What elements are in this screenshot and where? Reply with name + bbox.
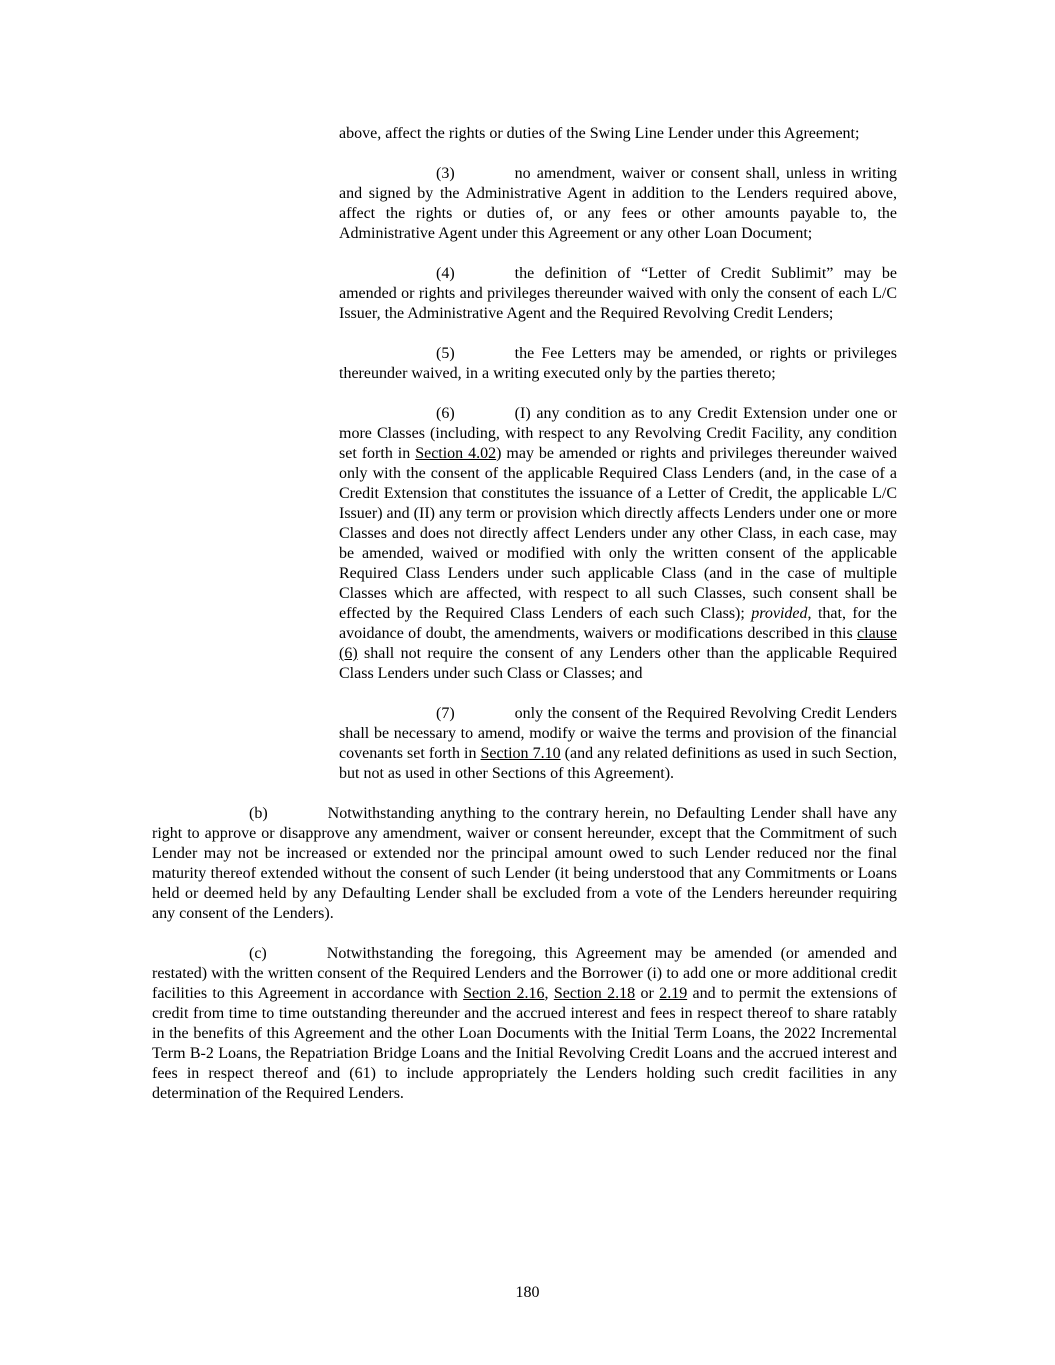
text-run: the Fee Letters may be amended, or right… — [339, 345, 897, 382]
section-reference: Section 2.18 — [554, 985, 635, 1002]
section-reference: Section 7.10 — [481, 745, 561, 762]
text-run: or — [635, 985, 659, 1002]
para-item-6: (6)(I) any condition as to any Credit Ex… — [339, 404, 897, 684]
text-run: the definition of “Letter of Credit Subl… — [339, 265, 897, 322]
text-run: Notwithstanding anything to the contrary… — [152, 805, 897, 922]
paragraph-label: (7) — [436, 705, 455, 722]
section-reference: Section 4.02 — [415, 445, 496, 462]
text-run: above, affect the rights or duties of th… — [339, 125, 859, 142]
text-run: no amendment, waiver or consent shall, u… — [339, 165, 897, 242]
text-run: and to permit the extensions of credit f… — [152, 985, 897, 1102]
paragraph-label: (6) — [436, 405, 455, 422]
para-item-7: (7)only the consent of the Required Revo… — [339, 704, 897, 784]
paragraph-label: (c) — [249, 945, 267, 962]
para-item-5: (5)the Fee Letters may be amended, or ri… — [339, 344, 897, 384]
para-continuation: above, affect the rights or duties of th… — [339, 124, 897, 144]
page-number: 180 — [0, 1283, 1055, 1303]
paragraph-label: (5) — [436, 345, 455, 362]
section-reference: 2.19 — [659, 985, 687, 1002]
emphasis-text: provided — [751, 605, 807, 622]
para-item-3: (3)no amendment, waiver or consent shall… — [339, 164, 897, 244]
paragraph-label: (b) — [249, 805, 268, 822]
para-item-c: (c)Notwithstanding the foregoing, this A… — [152, 944, 897, 1104]
text-run: ) may be amended or rights and privilege… — [339, 445, 897, 622]
text-run: shall not require the consent of any Len… — [339, 645, 897, 682]
text-run: , — [544, 985, 553, 1002]
para-item-b: (b)Notwithstanding anything to the contr… — [152, 804, 897, 924]
document-body: above, affect the rights or duties of th… — [152, 124, 897, 1124]
para-item-4: (4)the definition of “Letter of Credit S… — [339, 264, 897, 324]
section-reference: Section 2.16 — [463, 985, 544, 1002]
document-page: above, affect the rights or duties of th… — [0, 0, 1055, 1365]
paragraph-label: (4) — [436, 265, 455, 282]
paragraph-label: (3) — [436, 165, 455, 182]
